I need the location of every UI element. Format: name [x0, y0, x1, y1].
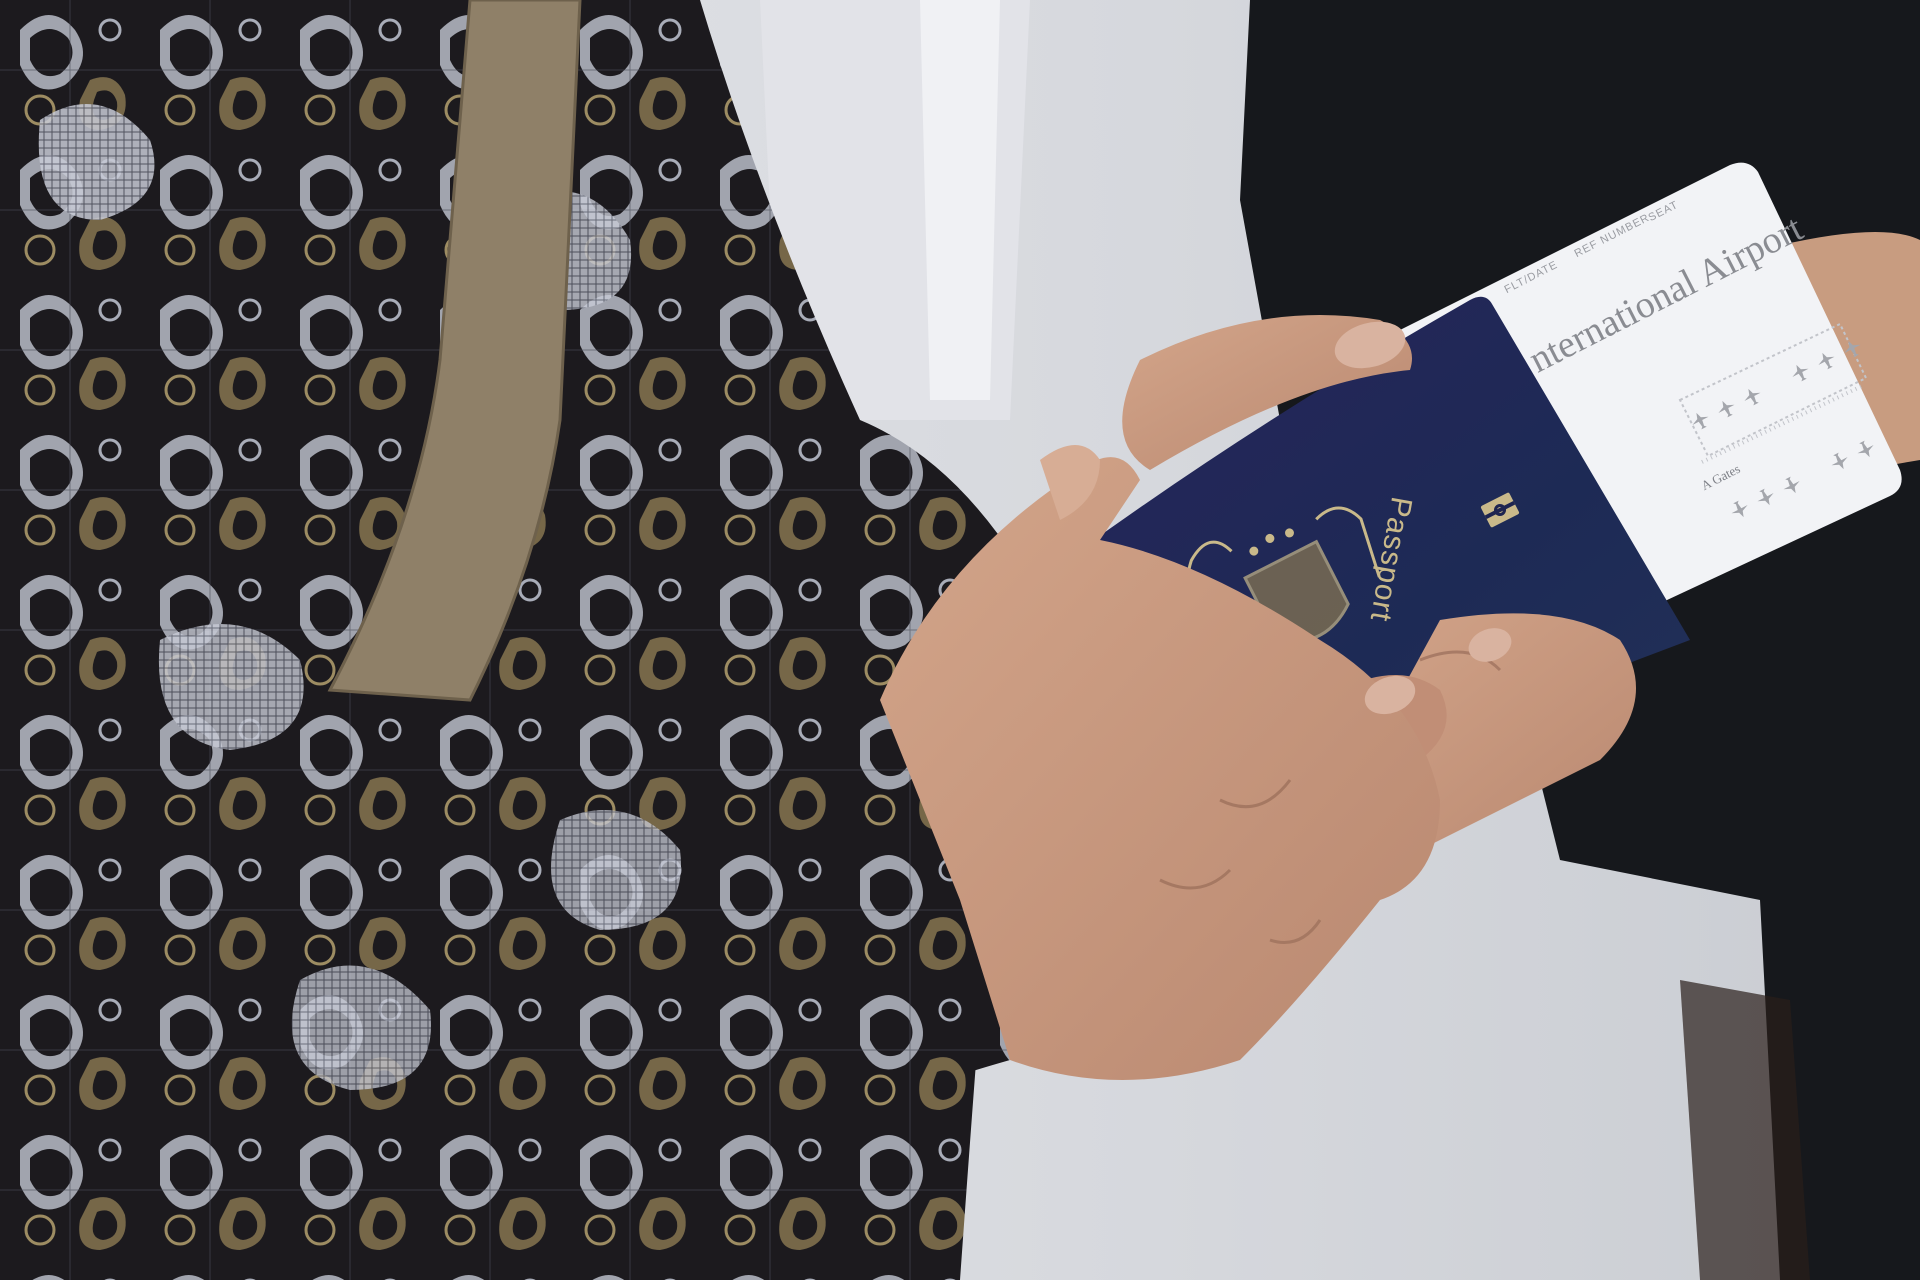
photo-scene: Passport FLT/DATE REF NUMBER SEAT nterna… — [0, 0, 1920, 1280]
airplane-icon — [0, 0, 1920, 1280]
